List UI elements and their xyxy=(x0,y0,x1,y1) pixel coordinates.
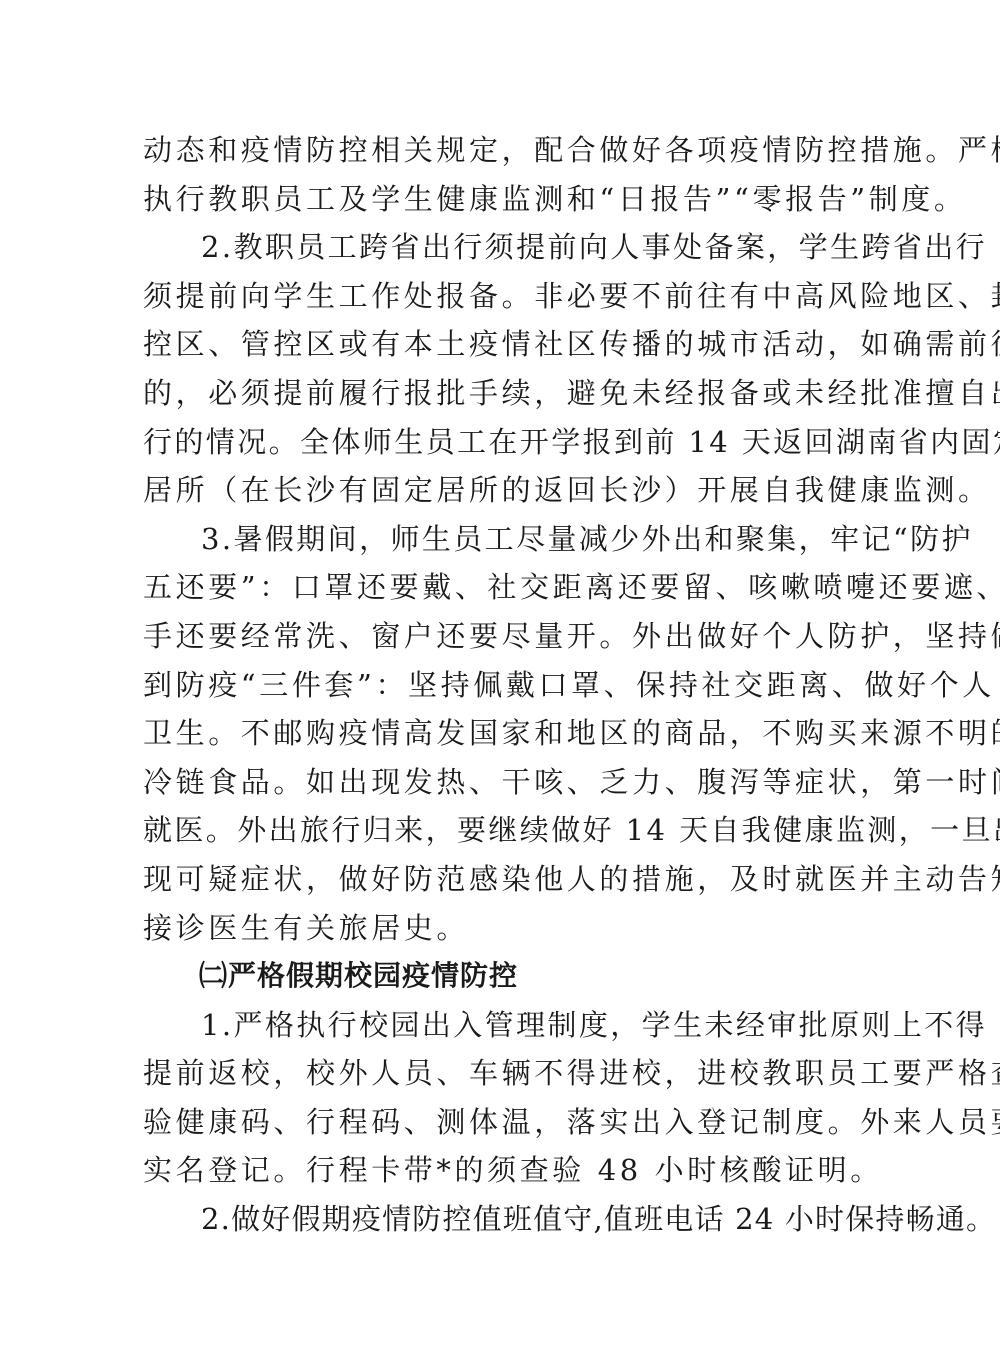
text-line: 2.做好假期疫情防控值班值守,值班电话 24 小时保持畅通。 xyxy=(143,1195,883,1244)
paragraph-continued: 动态和疫情防控相关规定，配合做好各项疫情防控措施。严格 执行教职员工及学生健康监… xyxy=(143,126,883,223)
text-line: 3.暑假期间，师生员工尽量减少外出和聚集，牢记“防护 xyxy=(143,515,883,564)
text-line: 实名登记。行程卡带*的须查验 48 小时核酸证明。 xyxy=(143,1146,883,1195)
text-line: 居所（在长沙有固定居所的返回长沙）开展自我健康监测。 xyxy=(143,466,883,515)
text-line: 现可疑症状，做好防范感染他人的措施，及时就医并主动告知 xyxy=(143,855,883,904)
text-line: 到防疫“三件套”：坚持佩戴口罩、保持社交距离、做好个人 xyxy=(143,661,883,710)
text-line: 1.严格执行校园出入管理制度，学生未经审批原则上不得 xyxy=(143,1001,883,1050)
paragraph-item-2: 2.教职员工跨省出行须提前向人事处备案，学生跨省出行 须提前向学生工作处报备。非… xyxy=(143,223,883,515)
text-line: 须提前向学生工作处报备。非必要不前往有中高风险地区、封 xyxy=(143,272,883,321)
text-line: 验健康码、行程码、测体温，落实出入登记制度。外来人员要 xyxy=(143,1098,883,1147)
text-line: 的，必须提前履行报批手续，避免未经报备或未经批准擅自出 xyxy=(143,369,883,418)
text-line: 就医。外出旅行归来，要继续做好 14 天自我健康监测，一旦出 xyxy=(143,806,883,855)
text-line: 冷链食品。如出现发热、干咳、乏力、腹泻等症状，第一时间 xyxy=(143,758,883,807)
text-line: 2.教职员工跨省出行须提前向人事处备案，学生跨省出行 xyxy=(143,223,883,272)
paragraph-section2-item-2: 2.做好假期疫情防控值班值守,值班电话 24 小时保持畅通。 xyxy=(143,1195,883,1244)
text-line: 手还要经常洗、窗户还要尽量开。外出做好个人防护，坚持做 xyxy=(143,612,883,661)
document-page: 动态和疫情防控相关规定，配合做好各项疫情防控措施。严格 执行教职员工及学生健康监… xyxy=(143,126,883,1244)
paragraph-item-3: 3.暑假期间，师生员工尽量减少外出和聚集，牢记“防护 五还要”：口罩还要戴、社交… xyxy=(143,515,883,952)
text-line: 控区、管控区或有本土疫情社区传播的城市活动，如确需前往 xyxy=(143,320,883,369)
text-line: 动态和疫情防控相关规定，配合做好各项疫情防控措施。严格 xyxy=(143,126,883,175)
text-line: 行的情况。全体师生员工在开学报到前 14 天返回湖南省内固定 xyxy=(143,418,883,467)
section-heading: ㈡严格假期校园疫情防控 xyxy=(143,952,883,1001)
text-line: 提前返校，校外人员、车辆不得进校，进校教职员工要严格查 xyxy=(143,1049,883,1098)
text-line: 接诊医生有关旅居史。 xyxy=(143,904,883,953)
paragraph-section2-item-1: 1.严格执行校园出入管理制度，学生未经审批原则上不得 提前返校，校外人员、车辆不… xyxy=(143,1001,883,1195)
text-line: 五还要”：口罩还要戴、社交距离还要留、咳嗽喷嚏还要遮、双 xyxy=(143,563,883,612)
text-line: 执行教职员工及学生健康监测和“日报告”“零报告”制度。 xyxy=(143,175,883,224)
text-line: 卫生。不邮购疫情高发国家和地区的商品，不购买来源不明的 xyxy=(143,709,883,758)
